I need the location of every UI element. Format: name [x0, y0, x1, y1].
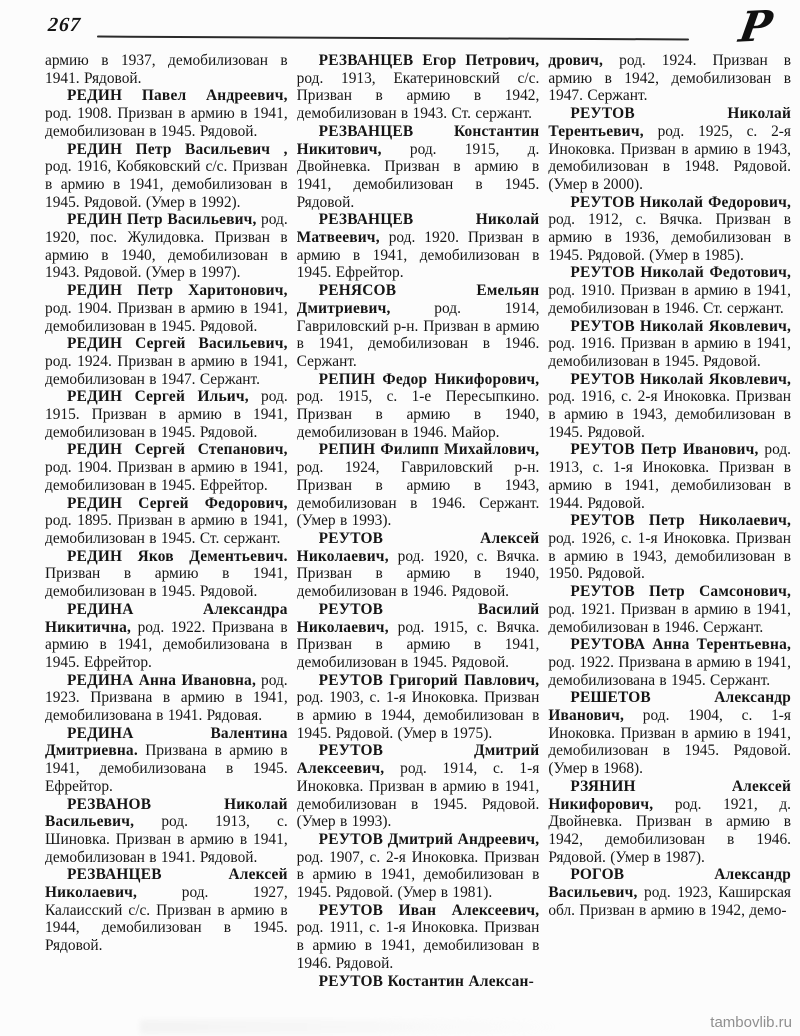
entry-name: РЕДИНА Александра Никитична,: [45, 601, 288, 636]
entry: РЕУТОВ Алексей Николаевич, род. 1920, с.…: [297, 530, 540, 601]
entry: РЕУТОВ Дмитрий Алексеевич, род. 1914, с.…: [297, 742, 540, 831]
entry: РЕДИН Петр Васильевич, род. 1920, пос. Ж…: [45, 211, 288, 282]
entry: РЕЗВАНОВ Николай Васильевич, род. 1913, …: [45, 796, 288, 867]
entry: РЕПИН Федор Никифорович, род. 1915, с. 1…: [297, 371, 540, 442]
entry-name: РЕДИНА Валентина Дмитриевна.: [45, 725, 288, 760]
entry-name: РОГОВ Александр Васильевич,: [548, 866, 791, 901]
entry-name: РЕУТОВ Николай Федотович,: [570, 264, 791, 281]
watermark: tambovlib.ru: [710, 1014, 792, 1031]
entry-name: РЕУТОВ Николай Яковлевич,: [570, 371, 791, 388]
entry-name: РЕДИНА Анна Ивановна,: [67, 672, 256, 689]
entry: РЕНЯСОВ Емельян Дмитриевич, род. 1914, Г…: [297, 282, 540, 371]
entry-name: РЕУТОВ Петр Самсонович,: [570, 583, 791, 600]
entry: РЕДИН Петр Харитонович, род. 1904. Призв…: [45, 282, 288, 335]
entry: РЕПИН Филипп Михайлович, род. 1924, Гавр…: [297, 441, 540, 530]
entry: РЕЗВАНЦЕВ Алексей Николаевич, род. 1927,…: [45, 866, 288, 955]
entry-name: РЕУТОВА Анна Терентьевна,: [570, 636, 791, 653]
scan-smudge: [140, 1020, 570, 1034]
entry: РЕУТОВ Николай Яковлевич, род. 1916, с. …: [548, 371, 791, 442]
entry: РЕДИНА Валентина Дмитриевна. Призвана в …: [45, 725, 288, 796]
entry: дрович, род. 1924. Призван в армию в 194…: [548, 52, 791, 105]
entry-name: РЕПИН Федор Никифорович,: [319, 371, 540, 388]
entry: РЕДИН Яков Дементьевич. Призван в армию …: [45, 548, 288, 601]
entry: РЕДИН Павел Андреевич, род. 1908. Призва…: [45, 87, 288, 140]
entry-name: РЕДИН Сергей Васильевич,: [67, 335, 288, 352]
entry-name: РЕУТОВ Дмитрий Андреевич,: [319, 831, 540, 848]
entry-name: РЕДИН Сергей Степанович,: [67, 441, 288, 458]
entry: РЕДИН Петр Васильевич , род. 1916, Кобяк…: [45, 141, 288, 212]
entry-name: РЕЗВАНЦЕВ Николай Матвеевич,: [297, 211, 540, 246]
entry: РЕУТОВ Василий Николаевич, род. 1915, с.…: [297, 601, 540, 672]
text-column-3: дрович, род. 1924. Призван в армию в 194…: [548, 52, 791, 1000]
entry: РЕДИНА Анна Ивановна, род. 1923. Призван…: [45, 672, 288, 725]
entry: РЕУТОВ Григорий Павлович, род. 1903, с. …: [297, 672, 540, 743]
entry-name: РЕПИН Филипп Михайлович,: [319, 441, 540, 458]
entry-name: РЕДИН Сергей Федорович,: [67, 495, 288, 512]
entry-name: РЕДИН Яков Дементьевич.: [67, 548, 288, 565]
entry: РЕУТОВ Иван Алексеевич, род. 1911, с. 1-…: [297, 902, 540, 973]
entry: РЕДИНА Александра Никитична, род. 1922. …: [45, 601, 288, 672]
entry: РЕУТОВ Николай Федотович, род. 1910. При…: [548, 264, 791, 317]
entry: армию в 1937, демобилизован в 1941. Рядо…: [45, 52, 288, 87]
entry-name: РЕУТОВ Николай Федорович,: [570, 194, 791, 211]
entry: РЕУТОВА Анна Терентьевна, род. 1922. При…: [548, 636, 791, 689]
section-letter-ornament: Р: [736, 1, 776, 52]
entry: РЕДИН Сергей Степанович, род. 1904. Приз…: [45, 441, 288, 494]
entry: РЕШЕТОВ Александр Иванович, род. 1904, с…: [548, 689, 791, 778]
entry-name: РЕУТОВ Алексей Николаевич,: [297, 530, 540, 565]
entry-name: РЕЗВАНЦЕВ Егор Петрович,: [319, 52, 540, 69]
entry-name: РЕЗВАНЦЕВ Константин Никитович,: [297, 123, 540, 158]
entry: РЕУТОВ Петр Николаевич, род. 1926, с. 1-…: [548, 512, 791, 583]
entry: РЕЗВАНЦЕВ Константин Никитович, род. 191…: [297, 123, 540, 212]
entry-name: РЕУТОВ Василий Николаевич,: [297, 601, 540, 636]
scanned-book-page: { "page": { "number": "267", "section_le…: [0, 0, 800, 1036]
entry: РЕУТОВ Петр Иванович, род. 1913, с. 1-я …: [548, 441, 791, 512]
entry-name: РЕЗВАНОВ Николай Васильевич,: [45, 796, 288, 831]
entry-name: РЕДИН Петр Васильевич,: [67, 211, 257, 228]
entry: РЕУТОВ Петр Самсонович, род. 1921. Призв…: [548, 583, 791, 636]
entry: РЕДИН Сергей Васильевич, род. 1924. Приз…: [45, 335, 288, 388]
entry: РЕДИН Сергей Федорович, род. 1895. Призв…: [45, 495, 288, 548]
entry-name: РЕУТОВ Костантин Алексан-: [319, 973, 534, 990]
entry-name: РЕУТОВ Николай Яковлевич,: [570, 318, 791, 335]
entry-name: РЕДИН Сергей Ильич,: [67, 388, 249, 405]
entry: РЕУТОВ Костантин Алексан-: [297, 973, 540, 991]
entry-name: РЕУТОВ Петр Николаевич,: [570, 512, 791, 529]
entry: РЕУТОВ Николай Федорович, род. 1912, с. …: [548, 194, 791, 265]
entry: РЕЗВАНЦЕВ Николай Матвеевич, род. 1920. …: [297, 211, 540, 282]
entry: РЗЯНИН Алексей Никифорович, род. 1921, д…: [548, 778, 791, 867]
entry-name: РЕНЯСОВ Емельян Дмитриевич,: [297, 282, 540, 317]
entry-name: дрович,: [548, 52, 603, 69]
text-column-1: армию в 1937, демобилизован в 1941. Рядо…: [45, 52, 288, 1000]
entry-name: РЕШЕТОВ Александр Иванович,: [548, 689, 791, 724]
entry-name: РЕЗВАНЦЕВ Алексей Николаевич,: [45, 866, 288, 901]
entry-name: РЗЯНИН Алексей Никифорович,: [548, 778, 791, 813]
page-number: 267: [47, 14, 82, 37]
header-rule: [97, 36, 689, 41]
entry: РЕУТОВ Дмитрий Андреевич, род. 1907, с. …: [297, 831, 540, 902]
entry-name: РЕУТОВ Петр Иванович,: [570, 441, 758, 458]
entry-name: РЕУТОВ Григорий Павлович,: [319, 672, 540, 689]
text-columns: армию в 1937, демобилизован в 1941. Рядо…: [45, 52, 791, 1000]
entry-name: РЕДИН Петр Васильевич ,: [67, 141, 288, 158]
entry: РОГОВ Александр Васильевич, род. 1923, К…: [548, 866, 791, 919]
entry: РЕУТОВ Николай Яковлевич, род. 1916. При…: [548, 318, 791, 371]
entry: РЕДИН Сергей Ильич, род. 1915. Призван в…: [45, 388, 288, 441]
text-column-2: РЕЗВАНЦЕВ Егор Петрович, род. 1913, Екат…: [297, 52, 540, 1000]
entry-name: РЕДИН Петр Харитонович,: [67, 282, 288, 299]
entry: РЕЗВАНЦЕВ Егор Петрович, род. 1913, Екат…: [297, 52, 540, 123]
entry-name: РЕДИН Павел Андреевич,: [67, 87, 288, 104]
entry-name: РЕУТОВ Николай Терентьевич,: [548, 105, 791, 140]
entry: РЕУТОВ Николай Терентьевич, род. 1925, с…: [548, 105, 791, 194]
entry-name: РЕУТОВ Дмитрий Алексеевич,: [297, 742, 540, 777]
entry-name: РЕУТОВ Иван Алексеевич,: [319, 902, 540, 919]
